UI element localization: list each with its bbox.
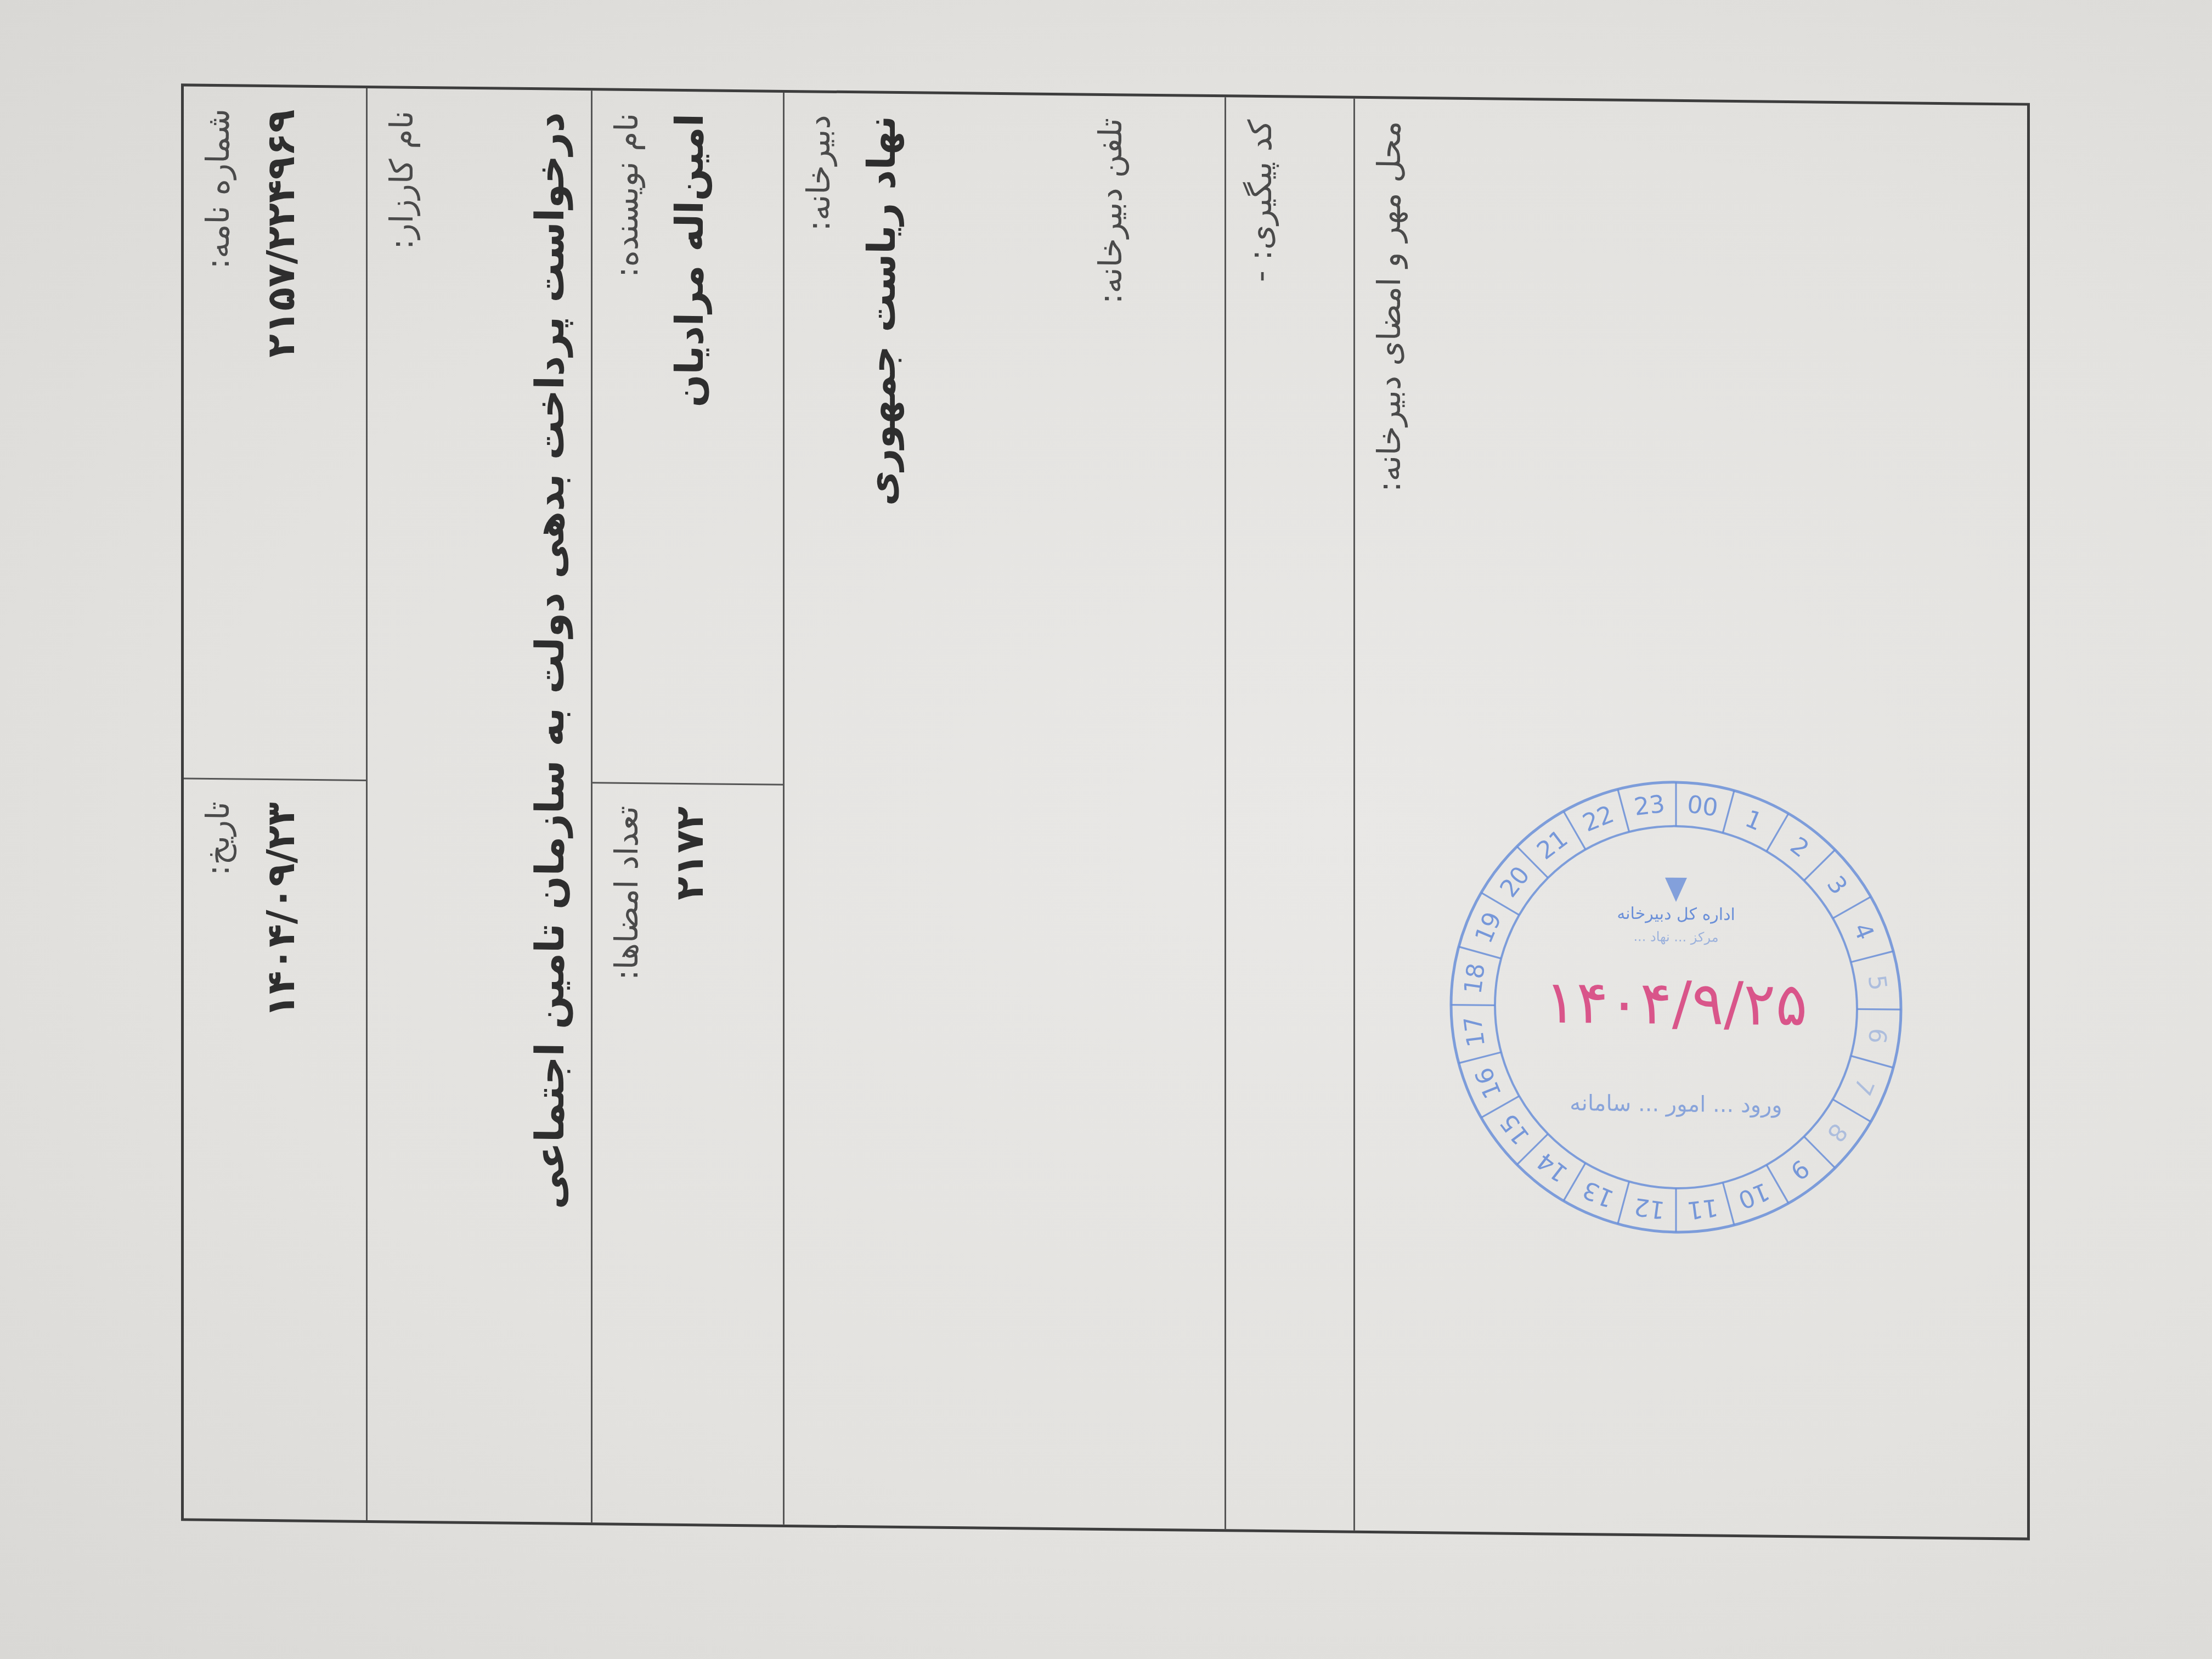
svg-text:9: 9	[1785, 1154, 1814, 1186]
svg-text:16: 16	[1470, 1063, 1508, 1102]
row-campaign: نام کارزار: درخواست پرداخت بدهی دولت به …	[368, 88, 592, 1522]
secretariat-label: دبیرخانه:	[800, 115, 837, 1503]
svg-text:4: 4	[1848, 919, 1880, 944]
svg-text:7: 7	[1848, 1074, 1880, 1099]
svg-text:11: 11	[1685, 1193, 1719, 1224]
svg-text:14: 14	[1532, 1147, 1573, 1188]
document-sheet: شماره نامه: ۲۱۵۷/۲۲۴۹۶۹ تاریخ: ۱۴۰۴/۰۹/۲…	[181, 83, 2030, 1540]
svg-text:12: 12	[1633, 1192, 1667, 1224]
svg-text:ورود ... امور ... سامانه: ورود ... امور ... سامانه	[1570, 1091, 1782, 1118]
signature-count-label: تعداد امضاها:	[608, 806, 645, 1502]
svg-text:1: 1	[1741, 805, 1766, 837]
seal-area-label: محل مهر و امضای دبیرخانه:	[1370, 121, 1408, 1509]
author-value: امین‌اله مرادیان	[667, 114, 712, 761]
svg-text:3: 3	[1821, 871, 1853, 900]
author-cell: نام نویسنده: امین‌اله مرادیان	[592, 91, 783, 784]
svg-text:18: 18	[1459, 961, 1491, 996]
secretariat-stamp: 001234567891011121314151617181920212223ا…	[1435, 763, 1917, 1251]
row-secretariat: دبیرخانه: نهاد ریاست جمهوری تلفن دبیرخان…	[785, 93, 1226, 1529]
svg-text:23: 23	[1633, 790, 1667, 821]
secretariat-cell: دبیرخانه: نهاد ریاست جمهوری تلفن دبیرخان…	[785, 93, 1224, 1529]
svg-text:6: 6	[1863, 1026, 1892, 1046]
svg-text:21: 21	[1532, 825, 1573, 865]
svg-text:5: 5	[1863, 973, 1892, 992]
svg-text:22: 22	[1579, 800, 1618, 837]
date-value: ۱۴۰۴/۰۹/۲۳	[258, 802, 303, 1498]
signature-count-value: ۲۱۷۲	[667, 806, 712, 1502]
campaign-label: نام کارزار:	[383, 110, 420, 1499]
date-label: تاریخ:	[199, 802, 236, 1497]
svg-text:2: 2	[1785, 832, 1814, 863]
svg-text:20: 20	[1494, 861, 1536, 903]
row-letter-info: شماره نامه: ۲۱۵۷/۲۲۴۹۶۹ تاریخ: ۱۴۰۴/۰۹/۲…	[184, 86, 368, 1520]
svg-text:۱۴۰۴/۹/۲۵: ۱۴۰۴/۹/۲۵	[1545, 968, 1808, 1039]
secretariat-value: نهاد ریاست جمهوری	[859, 115, 904, 1504]
letter-number-cell: شماره نامه: ۲۱۵۷/۲۲۴۹۶۹	[184, 86, 366, 779]
date-cell: تاریخ: ۱۴۰۴/۰۹/۲۳	[184, 777, 366, 1520]
svg-text:اداره کل دبیرخانه: اداره کل دبیرخانه	[1617, 904, 1735, 924]
tracking-code-value: -	[1242, 270, 1279, 283]
letter-number-label: شماره نامه:	[199, 109, 236, 757]
author-label: نام نویسنده:	[608, 113, 645, 761]
letter-number-value: ۲۱۵۷/۲۲۴۹۶۹	[258, 109, 303, 757]
svg-text:8: 8	[1821, 1118, 1853, 1147]
campaign-title: درخواست پرداخت بدهی دولت به سازمان تامین…	[527, 112, 573, 1500]
tracking-cell: کد پیگیری: -	[1226, 97, 1353, 1530]
svg-text:13: 13	[1579, 1175, 1618, 1213]
svg-text:مرکز ... نهاد ...: مرکز ... نهاد ...	[1633, 929, 1718, 945]
tracking-code-label-text: کد پیگیری:	[1242, 120, 1279, 261]
svg-text:17: 17	[1459, 1014, 1491, 1048]
signature-count-cell: تعداد امضاها: ۲۱۷۲	[592, 782, 783, 1525]
registration-form: شماره نامه: ۲۱۵۷/۲۲۴۹۶۹ تاریخ: ۱۴۰۴/۰۹/۲…	[181, 83, 2030, 1540]
stamp-graphic: 001234567891011121314151617181920212223ا…	[1435, 763, 1917, 1251]
secretariat-phone-label: تلفن دبیرخانه:	[1092, 118, 1129, 304]
row-author: نام نویسنده: امین‌اله مرادیان تعداد امضا…	[592, 91, 785, 1525]
tracking-code-label: کد پیگیری: -	[1242, 120, 1279, 1508]
svg-text:19: 19	[1470, 908, 1508, 947]
svg-text:10: 10	[1734, 1177, 1773, 1214]
svg-text:00: 00	[1685, 790, 1719, 822]
svg-text:15: 15	[1494, 1108, 1536, 1149]
row-tracking: کد پیگیری: -	[1226, 97, 1355, 1530]
